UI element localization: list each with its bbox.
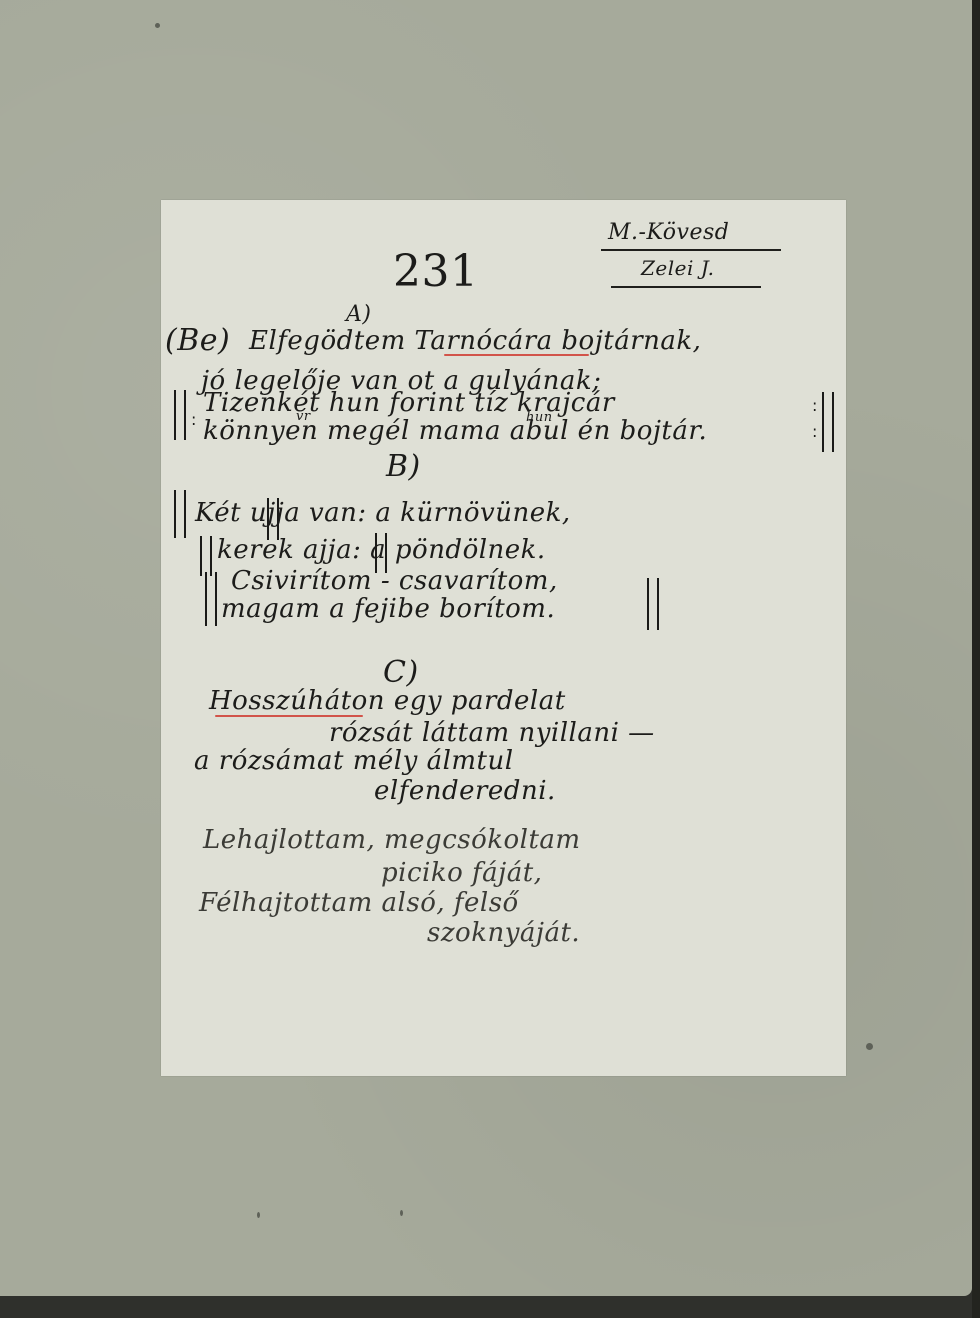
section-b-line-1: Két ujja van: a kürnövünek, — [195, 500, 571, 526]
section-b-label: B) — [386, 452, 421, 482]
repeat-end-barline — [647, 578, 659, 630]
repeat-dots: : — [191, 410, 196, 429]
section-c-line-6: piciko fáját, — [381, 860, 542, 886]
section-c-line-2: rózsát láttam nyillani — — [329, 720, 655, 746]
repeat-barline — [267, 498, 279, 540]
repeat-start-barline — [200, 536, 212, 576]
attribution-rule — [601, 249, 781, 251]
board-speck — [400, 1210, 403, 1216]
collector-name: M.-Kövesd — [608, 222, 729, 244]
repeat-start-barline — [174, 490, 186, 538]
red-underline-tarnocara — [444, 354, 589, 356]
repeat-end-barline — [822, 392, 834, 452]
section-c-line-7: Félhajtottam alsó, felső — [199, 890, 519, 916]
section-b-line-3: Csivirítom - csavarítom, — [231, 568, 558, 594]
section-c-label: C) — [383, 658, 419, 688]
section-a-label: A) — [346, 304, 371, 326]
repeat-start-barline — [205, 572, 217, 626]
repeat-start-barline — [174, 390, 186, 440]
board-speck — [866, 1043, 873, 1050]
red-underline-hosszuhaton — [215, 715, 363, 717]
section-c-line-4: elfenderedni. — [374, 778, 556, 804]
section-c-line-3: a rózsámat mély álmtul — [194, 748, 514, 774]
repeat-dots: : — [812, 396, 817, 415]
section-a-line-4: könnyen megél mama abul én bojtár. — [203, 418, 707, 444]
board-speck — [257, 1212, 260, 1218]
section-a-line-3: Tizenkét hun forint tíz krajcár — [203, 390, 615, 416]
author-name: Zelei J. — [641, 258, 715, 278]
section-c-line-1: Hosszúháton egy pardelat — [209, 688, 566, 714]
section-b-line-4: magam a fejibe borítom. — [221, 596, 555, 622]
section-a-prefix: (Be) — [165, 326, 230, 356]
frame-edge — [972, 0, 980, 1318]
manuscript-sheet: M.-Kövesd Zelei J. 231 A) (Be) Elfegödte… — [161, 200, 846, 1076]
board-speck — [155, 23, 160, 28]
section-c-line-5: Lehajlottam, megcsókoltam — [203, 827, 581, 853]
section-c-line-8: szoknyáját. — [427, 920, 580, 946]
attribution-rule — [611, 286, 761, 288]
section-a-line-1: Elfegödtem Tarnócára bojtárnak, — [249, 328, 701, 354]
repeat-dots: : — [812, 422, 817, 441]
page-number: 231 — [393, 250, 478, 294]
